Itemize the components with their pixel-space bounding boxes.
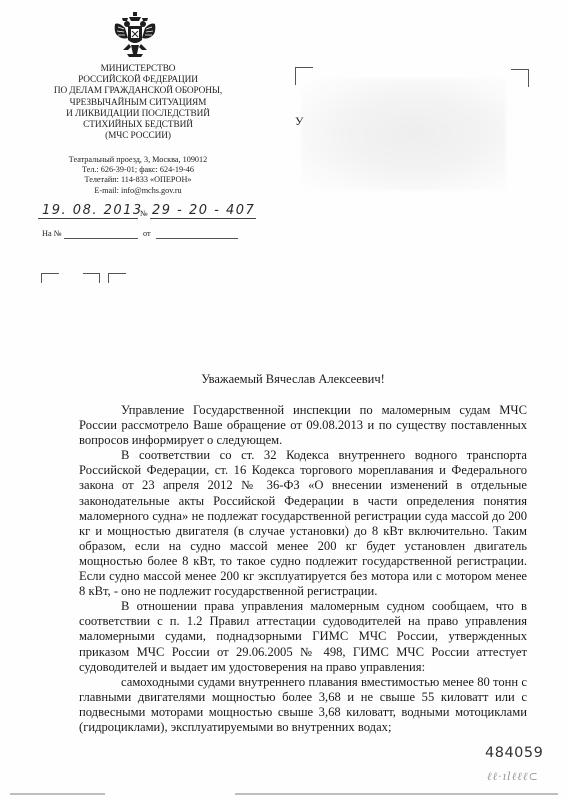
ministry-line: СТИХИЙНЫХ БЕДСТВИЙ bbox=[48, 120, 228, 131]
teletype-line: Телетайп: 114-833 «ОПЕРОН» bbox=[48, 175, 228, 185]
phone-line: Тел.: 626-39-01; факс: 624-19-46 bbox=[48, 165, 228, 175]
paragraph: В отношении права управления маломерным … bbox=[79, 599, 527, 674]
ministry-contacts: Театральный проезд, 3, Москва, 109012 Те… bbox=[48, 155, 228, 196]
ministry-line: РОССИЙСКОЙ ФЕДЕРАЦИИ bbox=[48, 75, 228, 86]
document-stamp-number: 484059 bbox=[485, 745, 543, 761]
address-line: Театральный проезд, 3, Москва, 109012 bbox=[48, 155, 228, 165]
addressee-prefix: У bbox=[295, 114, 304, 129]
ministry-line: ЧРЕЗВЫЧАЙНЫМ СИТУАЦИЯМ bbox=[48, 98, 228, 109]
corner-bracket bbox=[108, 273, 126, 283]
reply-reference-line: На № от bbox=[42, 226, 256, 240]
registration-number: 29 - 20 - 407 bbox=[152, 203, 255, 218]
corner-bracket bbox=[511, 69, 529, 87]
number-sign: № bbox=[140, 209, 148, 218]
letter-body: Управление Государственной инспекции по … bbox=[79, 403, 527, 735]
ministry-line: ПО ДЕЛАМ ГРАЖДАНСКОЙ ОБОРОНЫ, bbox=[48, 86, 228, 97]
paragraph: В соответствии со ст. 32 Кодекса внутрен… bbox=[79, 448, 527, 599]
registration-line: 19. 08. 2013 № 29 - 20 - 407 bbox=[38, 199, 256, 219]
corner-bracket bbox=[41, 273, 59, 283]
email-line: E-mail: info@mchs.gov.ru bbox=[48, 186, 228, 196]
corner-bracket bbox=[83, 273, 100, 283]
redacted-addressee bbox=[301, 78, 506, 190]
page-edge bbox=[235, 793, 558, 795]
letter-page: МИНИСТЕРСТВО РОССИЙСКОЙ ФЕДЕРАЦИИ ПО ДЕЛ… bbox=[0, 0, 566, 800]
paragraph: Управление Государственной инспекции по … bbox=[79, 403, 527, 448]
paragraph: самоходными судами внутреннего плавания … bbox=[79, 675, 527, 735]
reply-from-label: от bbox=[143, 229, 151, 238]
russian-coat-of-arms-icon bbox=[113, 12, 157, 58]
handwritten-note: ℓℓ·ılℓℓℓ⊂ bbox=[487, 770, 539, 783]
ministry-line: МИНИСТЕРСТВО bbox=[48, 64, 228, 75]
ministry-line: (МЧС РОССИИ) bbox=[48, 131, 228, 142]
reply-to-label: На № bbox=[42, 229, 62, 238]
ministry-name: МИНИСТЕРСТВО РОССИЙСКОЙ ФЕДЕРАЦИИ ПО ДЕЛ… bbox=[48, 64, 228, 142]
ministry-line: И ЛИКВИДАЦИИ ПОСЛЕДСТВИЙ bbox=[48, 109, 228, 120]
salutation: Уважаемый Вячеслав Алексеевич! bbox=[0, 372, 566, 387]
page-edge bbox=[10, 793, 105, 795]
registration-date: 19. 08. 2013 bbox=[42, 203, 143, 218]
